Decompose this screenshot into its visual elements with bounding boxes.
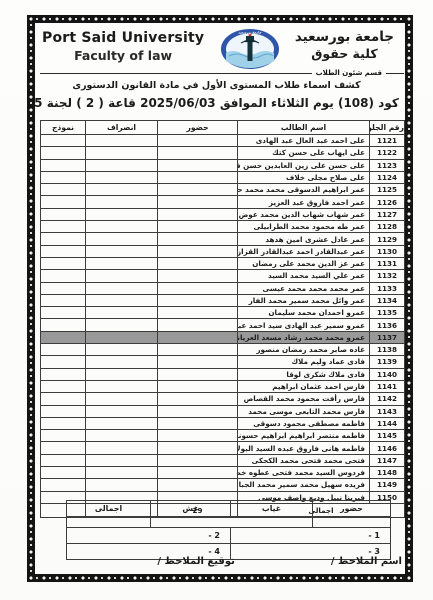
student-row: 1146فاطمه هانى فاروق عبده السيد البولاقى bbox=[41, 442, 405, 454]
attendance-cell bbox=[158, 393, 238, 405]
student-row: 1149فريده سهيل محمد سمير محمد الجبالي bbox=[41, 479, 405, 491]
attendance-cell bbox=[158, 454, 238, 466]
student-name-cell: عمر ابراهيم الدسوقى محمد محمد حسن حبيشى bbox=[238, 184, 370, 196]
student-name-cell: عمر علي السيد محمد السيد bbox=[238, 270, 370, 282]
attendance-cell bbox=[158, 442, 238, 454]
student-row: 1123على حسن على زين العابدين حسن قوطه bbox=[41, 159, 405, 171]
student-name-cell: فارس احمد عثمان ابراهيم bbox=[238, 380, 370, 392]
summary-empty-row bbox=[67, 517, 391, 528]
form-cell bbox=[41, 294, 86, 306]
student-name-cell: فردوس السيد محمد فتحى عطوه خضر bbox=[238, 467, 370, 479]
attendance-cell bbox=[158, 196, 238, 208]
seat-number-cell: 1136 bbox=[370, 319, 405, 331]
seat-number-cell: 1121 bbox=[370, 135, 405, 147]
document-page: Port Said University Faculty of law جامع… bbox=[0, 0, 433, 600]
attendance-cell bbox=[158, 233, 238, 245]
seat-number-cell: 1128 bbox=[370, 221, 405, 233]
attendance-cell bbox=[158, 319, 238, 331]
table-header-row: رقم الجلوس اسم الطالب حضور انصراف نموذج bbox=[41, 121, 405, 135]
student-name-cell: فادى ملاك شكرى لوقا bbox=[238, 368, 370, 380]
header-attendance: حضور bbox=[158, 121, 238, 135]
seat-number-cell: 1131 bbox=[370, 257, 405, 269]
leave-cell bbox=[86, 430, 158, 442]
student-row: 1135عمرو احمدان محمد سليمان bbox=[41, 307, 405, 319]
leave-cell bbox=[86, 196, 158, 208]
leave-cell bbox=[86, 171, 158, 183]
seat-number-cell: 1146 bbox=[370, 442, 405, 454]
seat-number-cell: 1149 bbox=[370, 479, 405, 491]
attendance-table: رقم الجلوس اسم الطالب حضور انصراف نموذج … bbox=[40, 120, 405, 518]
leave-cell bbox=[86, 380, 158, 392]
border-bottom bbox=[27, 574, 413, 582]
form-cell bbox=[41, 331, 86, 343]
student-row: 1137عمرو محمد محمد رشاد مسعد العريانى bbox=[41, 331, 405, 343]
student-name-cell: فاطمه منتصر ابراهيم ابراهيم حسونه bbox=[238, 430, 370, 442]
leave-cell bbox=[86, 479, 158, 491]
summary-items-row-1: - 1 - 2 bbox=[67, 528, 391, 544]
university-en-line: Port Said University bbox=[42, 30, 204, 48]
summary-table: حضور غياب غش اجمالى - 1 - 2 - 3 - 4 bbox=[66, 500, 391, 560]
student-name-cell: عمر احمد فاروق عبد العزيز bbox=[238, 196, 370, 208]
attendance-cell bbox=[158, 257, 238, 269]
university-logo-icon: جامعة بورسعيد bbox=[219, 27, 281, 71]
header: Port Said University Faculty of law جامع… bbox=[42, 26, 394, 71]
faculty-en-line: Faculty of law bbox=[42, 48, 204, 64]
seat-number-cell: 1140 bbox=[370, 368, 405, 380]
attendance-cell bbox=[158, 331, 238, 343]
university-name-arabic: جامعة بورسعيد كلية حقوق bbox=[295, 26, 394, 63]
leave-cell bbox=[86, 208, 158, 220]
seat-number-cell: 1147 bbox=[370, 454, 405, 466]
summary-empty-cell bbox=[67, 517, 151, 528]
student-name-cell: عمر عادل عشرى امين هدهد bbox=[238, 233, 370, 245]
attendance-cell bbox=[158, 356, 238, 368]
form-cell bbox=[41, 159, 86, 171]
student-name-cell: فارس محمد التابعى موسى محمد bbox=[238, 405, 370, 417]
form-cell bbox=[41, 257, 86, 269]
student-row: 1134عمر وائل محمد سمير محمد الفار bbox=[41, 294, 405, 306]
leave-cell bbox=[86, 147, 158, 159]
form-cell bbox=[41, 147, 86, 159]
summary-header-row: حضور غياب غش اجمالى bbox=[67, 501, 391, 517]
student-row: 1141فارس احمد عثمان ابراهيم bbox=[41, 380, 405, 392]
form-cell bbox=[41, 245, 86, 257]
form-cell bbox=[41, 344, 86, 356]
seat-number-cell: 1143 bbox=[370, 405, 405, 417]
form-cell bbox=[41, 171, 86, 183]
seat-number-cell: 1145 bbox=[370, 430, 405, 442]
attendance-cell bbox=[158, 171, 238, 183]
form-cell bbox=[41, 430, 86, 442]
form-cell bbox=[41, 442, 86, 454]
student-row: 1143فارس محمد التابعى موسى محمد bbox=[41, 405, 405, 417]
student-row: 1142فارس رأفت محمود محمد القصاص bbox=[41, 393, 405, 405]
attendance-cell bbox=[158, 159, 238, 171]
leave-cell bbox=[86, 270, 158, 282]
form-cell bbox=[41, 270, 86, 282]
student-name-cell: عمر عز الدين محمد على رمضان bbox=[238, 257, 370, 269]
header-seat-number: رقم الجلوس bbox=[370, 121, 405, 135]
leave-cell bbox=[86, 417, 158, 429]
leave-cell bbox=[86, 307, 158, 319]
student-row: 1127عمر شهاب شهاب الدين محمد عوض bbox=[41, 208, 405, 220]
form-cell bbox=[41, 368, 86, 380]
student-row: 1145فاطمه منتصر ابراهيم ابراهيم حسونه bbox=[41, 430, 405, 442]
student-row: 1139فادى عماد وليم ملاك bbox=[41, 356, 405, 368]
svg-text:جامعة بورسعيد: جامعة بورسعيد bbox=[238, 31, 261, 35]
student-name-cell: فريده سهيل محمد سمير محمد الجبالي bbox=[238, 479, 370, 491]
student-name-cell: فتحى محمد فتحى محمد الكحكى bbox=[238, 454, 370, 466]
form-cell bbox=[41, 233, 86, 245]
observer-name-label: اسم الملاحظ / bbox=[331, 556, 402, 567]
department-label: قسم شئون الطلاب bbox=[312, 69, 386, 77]
university-name-english: Port Said University Faculty of law bbox=[42, 26, 204, 63]
leave-cell bbox=[86, 368, 158, 380]
leave-cell bbox=[86, 245, 158, 257]
header-form: نموذج bbox=[41, 121, 86, 135]
leave-cell bbox=[86, 356, 158, 368]
student-row: 1129عمر عادل عشرى امين هدهد bbox=[41, 233, 405, 245]
seat-number-cell: 1142 bbox=[370, 393, 405, 405]
seat-number-cell: 1141 bbox=[370, 380, 405, 392]
summary-absence-label: غياب bbox=[231, 501, 313, 517]
leave-cell bbox=[86, 405, 158, 417]
leave-cell bbox=[86, 331, 158, 343]
summary-item-2: - 2 bbox=[67, 528, 231, 544]
student-name-cell: على ايهاب على حسن كتك bbox=[238, 147, 370, 159]
student-row: 1136عمرو سمير عبد الهادى سيد احمد عبد ال… bbox=[41, 319, 405, 331]
seat-number-cell: 1144 bbox=[370, 417, 405, 429]
attendance-cell bbox=[158, 368, 238, 380]
student-row: 1130عمر عبدالقادر احمد عبدالقادر القزاز bbox=[41, 245, 405, 257]
seat-number-cell: 1125 bbox=[370, 184, 405, 196]
form-cell bbox=[41, 184, 86, 196]
student-name-cell: عمرو احمدان محمد سليمان bbox=[238, 307, 370, 319]
attendance-cell bbox=[158, 135, 238, 147]
seat-number-cell: 1139 bbox=[370, 356, 405, 368]
seat-number-cell: 1130 bbox=[370, 245, 405, 257]
leave-cell bbox=[86, 294, 158, 306]
leave-cell bbox=[86, 344, 158, 356]
student-name-cell: عمر طه محمود محمد الطرابيلى bbox=[238, 221, 370, 233]
department-divider: قسم شئون الطلاب bbox=[40, 69, 404, 77]
attendance-cell bbox=[158, 380, 238, 392]
student-row: 1124على صلاح مجلى خلاف bbox=[41, 171, 405, 183]
leave-cell bbox=[86, 393, 158, 405]
summary-item-1: - 1 bbox=[231, 528, 391, 544]
attendance-cell bbox=[158, 282, 238, 294]
student-row: 1138غاده صابر محمد رمضان منصور bbox=[41, 344, 405, 356]
header-leave: انصراف bbox=[86, 121, 158, 135]
student-row: 1133عمر محمد محمد محمد عيسى bbox=[41, 282, 405, 294]
attendance-cell bbox=[158, 307, 238, 319]
student-name-cell: فاطمه هانى فاروق عبده السيد البولاقى bbox=[238, 442, 370, 454]
seat-number-cell: 1124 bbox=[370, 171, 405, 183]
student-row: 1125عمر ابراهيم الدسوقى محمد محمد حسن حب… bbox=[41, 184, 405, 196]
attendance-cell bbox=[158, 417, 238, 429]
leave-cell bbox=[86, 233, 158, 245]
form-cell bbox=[41, 454, 86, 466]
seat-number-cell: 1132 bbox=[370, 270, 405, 282]
summary-attendance-label: حضور bbox=[313, 501, 391, 517]
attendance-cell bbox=[158, 405, 238, 417]
student-name-cell: عمر محمد محمد محمد عيسى bbox=[238, 282, 370, 294]
list-title: كشف اسماء طلاب المستوى الأول في مادة الق… bbox=[0, 80, 433, 91]
leave-cell bbox=[86, 467, 158, 479]
student-row: 1126عمر احمد فاروق عبد العزيز bbox=[41, 196, 405, 208]
attendance-cell bbox=[158, 270, 238, 282]
seat-number-cell: 1123 bbox=[370, 159, 405, 171]
student-name-cell: على صلاح مجلى خلاف bbox=[238, 171, 370, 183]
summary-total-label: اجمالى bbox=[67, 501, 151, 517]
student-row: 1144فاطمه مصطفى محمود دسوقى bbox=[41, 417, 405, 429]
leave-cell bbox=[86, 257, 158, 269]
leave-cell bbox=[86, 135, 158, 147]
form-cell bbox=[41, 135, 86, 147]
student-name-cell: عمر وائل محمد سمير محمد الفار bbox=[238, 294, 370, 306]
form-cell bbox=[41, 282, 86, 294]
divider-line-right bbox=[386, 73, 404, 74]
attendance-cell bbox=[158, 147, 238, 159]
header-student-name: اسم الطالب bbox=[238, 121, 370, 135]
student-name-cell: عمرو سمير عبد الهادى سيد احمد عبد المحسن bbox=[238, 319, 370, 331]
student-row: 1147فتحى محمد فتحى محمد الكحكى bbox=[41, 454, 405, 466]
leave-cell bbox=[86, 282, 158, 294]
form-cell bbox=[41, 380, 86, 392]
attendance-cell bbox=[158, 221, 238, 233]
form-cell bbox=[41, 479, 86, 491]
student-name-cell: على حسن على زين العابدين حسن قوطه bbox=[238, 159, 370, 171]
leave-cell bbox=[86, 159, 158, 171]
summary-empty-cell bbox=[313, 517, 391, 528]
faculty-ar-line: كلية حقوق bbox=[295, 46, 394, 63]
student-row: 1122على ايهاب على حسن كتك bbox=[41, 147, 405, 159]
attendance-cell bbox=[158, 467, 238, 479]
summary-cheating-label: غش bbox=[151, 501, 231, 517]
form-cell bbox=[41, 356, 86, 368]
student-name-cell: عمر عبدالقادر احمد عبدالقادر القزاز bbox=[238, 245, 370, 257]
border-top bbox=[27, 15, 413, 23]
seat-number-cell: 1129 bbox=[370, 233, 405, 245]
leave-cell bbox=[86, 184, 158, 196]
seat-number-cell: 1135 bbox=[370, 307, 405, 319]
seat-number-cell: 1133 bbox=[370, 282, 405, 294]
footer: اسم الملاحظ / توقيع الملاحظ / bbox=[40, 556, 404, 567]
attendance-cell bbox=[158, 184, 238, 196]
student-row: 1121على احمد عبد العال عبد الهادى bbox=[41, 135, 405, 147]
student-row: 1140فادى ملاك شكرى لوقا bbox=[41, 368, 405, 380]
observer-signature-label: توقيع الملاحظ / bbox=[157, 556, 235, 567]
seat-number-cell: 1138 bbox=[370, 344, 405, 356]
leave-cell bbox=[86, 319, 158, 331]
attendance-cell bbox=[158, 208, 238, 220]
form-cell bbox=[41, 393, 86, 405]
form-cell bbox=[41, 467, 86, 479]
seat-number-cell: 1127 bbox=[370, 208, 405, 220]
seat-number-cell: 1126 bbox=[370, 196, 405, 208]
divider-line-left bbox=[40, 73, 312, 74]
leave-cell bbox=[86, 221, 158, 233]
form-cell bbox=[41, 307, 86, 319]
student-row: 1128عمر طه محمود محمد الطرابيلى bbox=[41, 221, 405, 233]
student-row: 1132عمر علي السيد محمد السيد bbox=[41, 270, 405, 282]
summary-empty-cell bbox=[151, 517, 313, 528]
student-name-cell: فارس رأفت محمود محمد القصاص bbox=[238, 393, 370, 405]
student-name-cell: عمرو محمد محمد رشاد مسعد العريانى bbox=[238, 331, 370, 343]
student-name-cell: عمر شهاب شهاب الدين محمد عوض bbox=[238, 208, 370, 220]
student-row: 1148فردوس السيد محمد فتحى عطوه خضر bbox=[41, 467, 405, 479]
university-ar-line: جامعة بورسعيد bbox=[295, 28, 394, 46]
leave-cell bbox=[86, 442, 158, 454]
form-cell bbox=[41, 196, 86, 208]
form-cell bbox=[41, 319, 86, 331]
seat-number-cell: 1148 bbox=[370, 467, 405, 479]
form-cell bbox=[41, 405, 86, 417]
seat-number-cell: 1122 bbox=[370, 147, 405, 159]
attendance-cell bbox=[158, 479, 238, 491]
student-name-cell: فاطمه مصطفى محمود دسوقى bbox=[238, 417, 370, 429]
seat-number-cell: 1134 bbox=[370, 294, 405, 306]
student-name-cell: فادى عماد وليم ملاك bbox=[238, 356, 370, 368]
student-name-cell: على احمد عبد العال عبد الهادى bbox=[238, 135, 370, 147]
attendance-cell bbox=[158, 294, 238, 306]
seat-number-cell: 1137 bbox=[370, 331, 405, 343]
student-row: 1131عمر عز الدين محمد على رمضان bbox=[41, 257, 405, 269]
form-cell bbox=[41, 417, 86, 429]
form-cell bbox=[41, 208, 86, 220]
attendance-cell bbox=[158, 344, 238, 356]
attendance-cell bbox=[158, 245, 238, 257]
form-cell bbox=[41, 221, 86, 233]
student-name-cell: غاده صابر محمد رمضان منصور bbox=[238, 344, 370, 356]
session-info-title: كود (108) يوم الثلاثاء الموافق 2025/06/0… bbox=[0, 96, 433, 110]
leave-cell bbox=[86, 454, 158, 466]
attendance-cell bbox=[158, 430, 238, 442]
